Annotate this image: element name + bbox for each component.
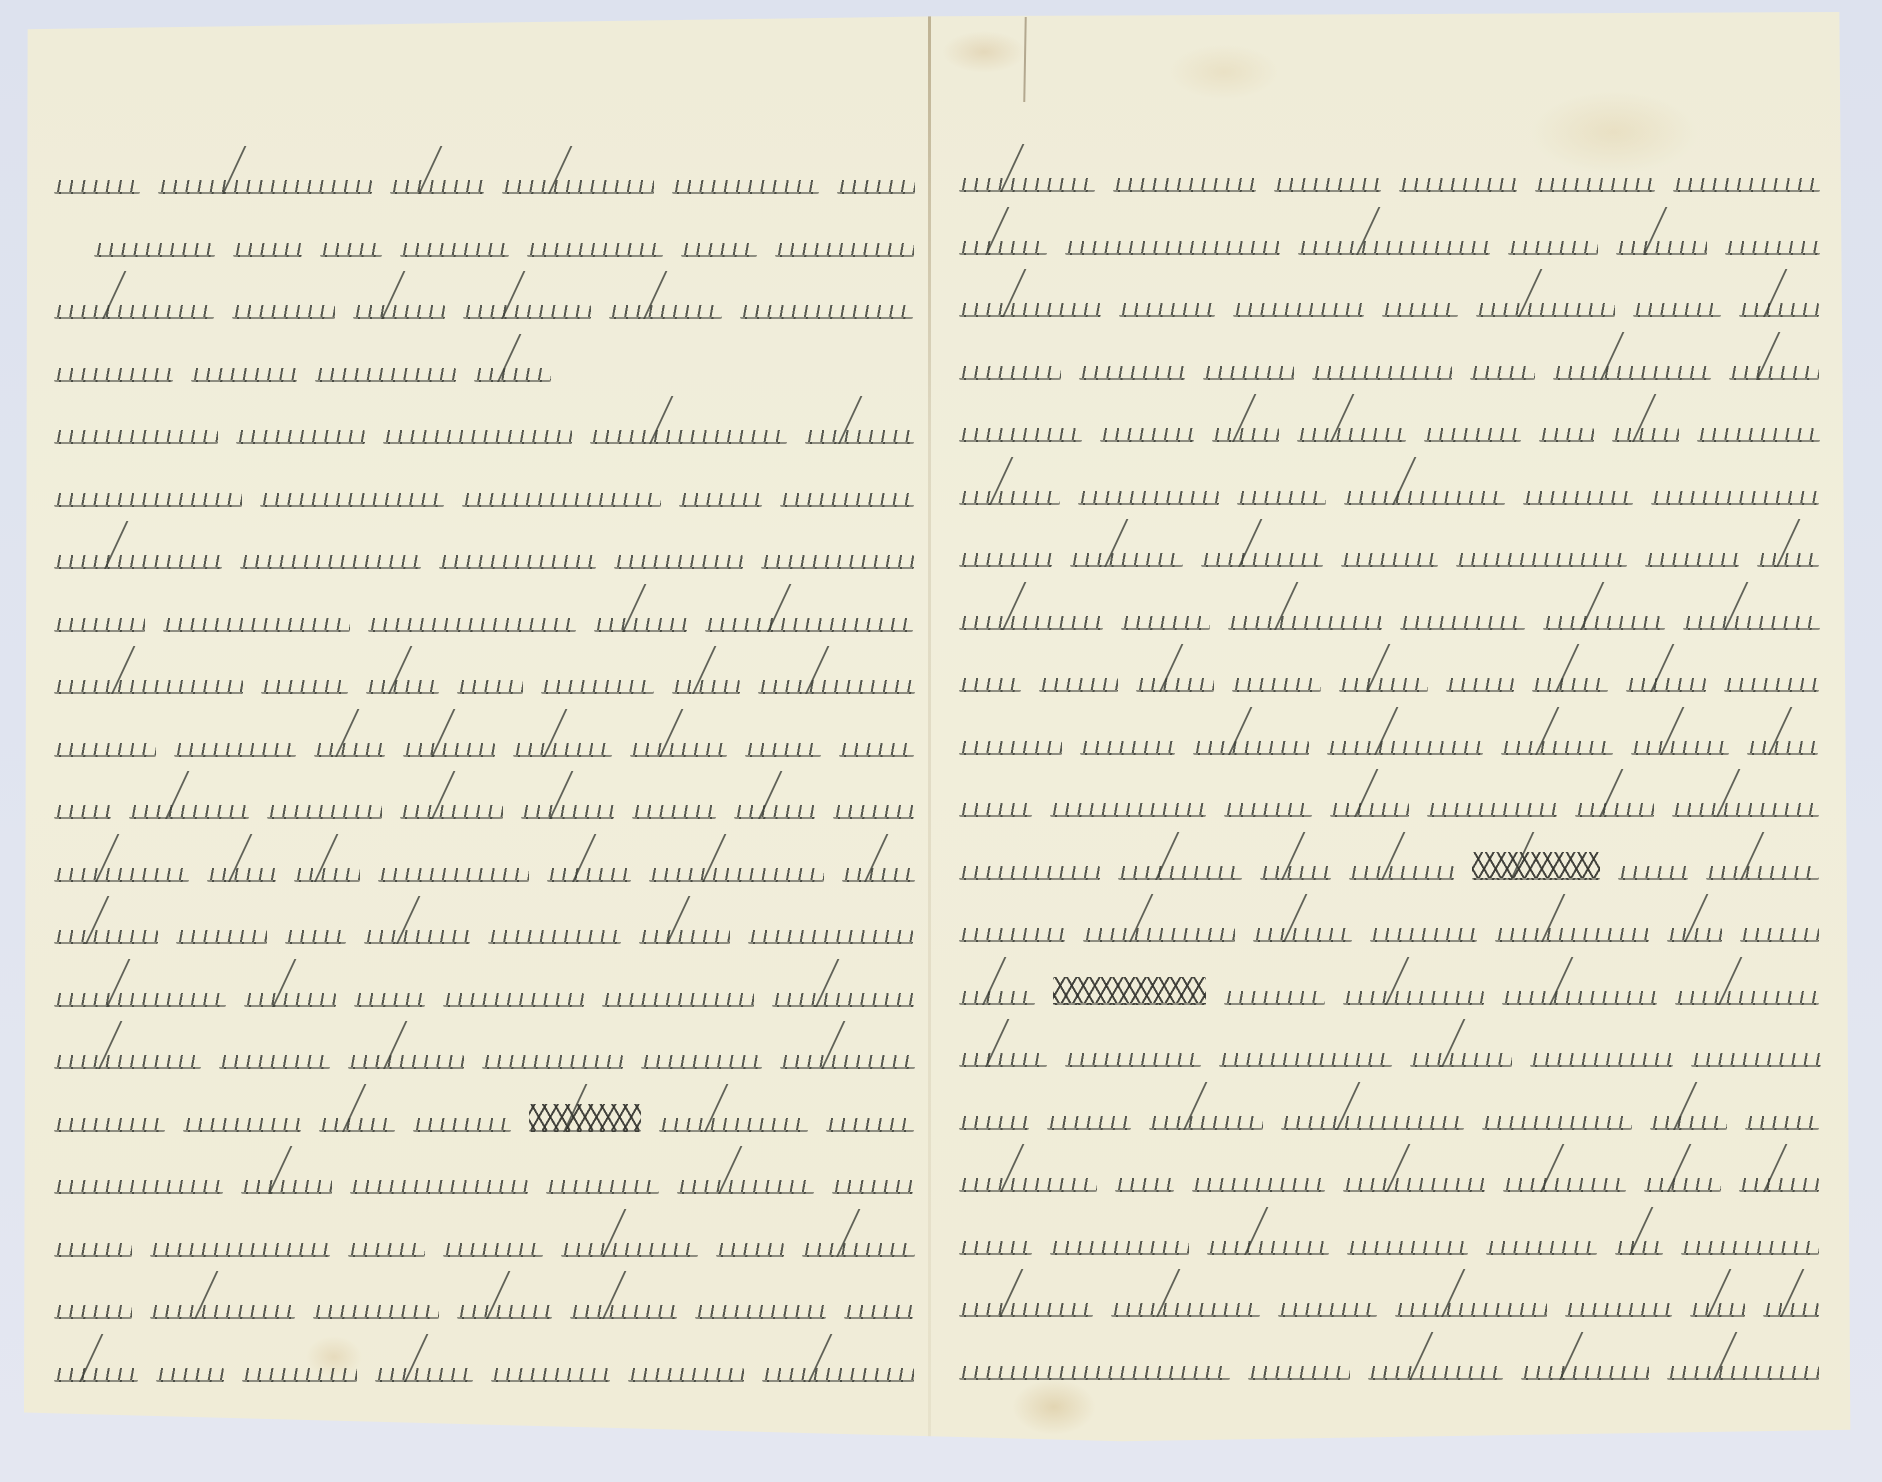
ink-strokes (54, 299, 913, 321)
handwritten-word (705, 618, 913, 634)
handwritten-word (734, 805, 815, 821)
handwritten-word (1212, 428, 1279, 444)
handwritten-word (1047, 1116, 1131, 1132)
center-fold (928, 12, 931, 1447)
handwritten-line: handwritten line (959, 1098, 1839, 1138)
handwritten-word (679, 493, 762, 509)
handwritten-word (1650, 1116, 1727, 1132)
handwritten-word (1201, 553, 1323, 569)
handwritten-word (649, 868, 824, 884)
handwritten-word (546, 1180, 659, 1196)
handwritten-word (150, 1243, 330, 1259)
handwritten-word (463, 305, 591, 321)
handwritten-word (1370, 928, 1477, 944)
right-page: handwritten linehandwritten linehandwrit… (959, 12, 1839, 1447)
handwritten-word (54, 305, 214, 321)
handwritten-line: handwritten line (54, 1287, 924, 1327)
handwritten-word (842, 868, 915, 884)
handwritten-word (403, 743, 495, 759)
handwritten-word (959, 928, 1065, 944)
handwritten-line: handwritten line (54, 287, 924, 327)
handwritten-word (639, 930, 730, 946)
handwritten-word (547, 868, 631, 884)
handwritten-word (826, 1118, 914, 1134)
ink-strokes (959, 610, 1820, 632)
handwritten-word (491, 1368, 610, 1384)
handwritten-word (1470, 366, 1535, 382)
handwritten-word (1193, 741, 1309, 757)
handwritten-word (772, 993, 914, 1009)
handwritten-word (672, 680, 740, 696)
handwritten-word (1224, 803, 1312, 819)
handwritten-word (375, 1368, 473, 1384)
handwritten-line: handwritten line (959, 1223, 1839, 1263)
handwritten-line: line with struck-through word and interl… (959, 848, 1839, 888)
handwritten-word (1053, 991, 1206, 1007)
handwritten-word (1219, 1053, 1392, 1069)
handwritten-word (1508, 241, 1598, 257)
handwritten-word (314, 743, 385, 759)
handwritten-word (1673, 178, 1820, 194)
handwritten-word (1281, 1116, 1464, 1132)
handwritten-word (1681, 1241, 1819, 1257)
handwritten-word (1503, 1178, 1626, 1194)
letter-sheet: handwritten linehandwritten line, indent… (24, 12, 1854, 1447)
handwritten-word (219, 1055, 330, 1071)
handwritten-line: handwritten line (959, 223, 1839, 263)
handwritten-word (1495, 928, 1649, 944)
handwritten-word (1274, 178, 1381, 194)
handwritten-word (527, 243, 663, 259)
handwritten-line: handwritten line (959, 910, 1839, 950)
handwritten-word (1543, 616, 1665, 632)
handwritten-word (641, 1055, 762, 1071)
handwritten-word (1476, 303, 1615, 319)
handwritten-word (1539, 428, 1594, 444)
handwritten-word (1121, 616, 1210, 632)
ink-strokes (54, 987, 914, 1009)
handwritten-word (959, 1116, 1029, 1132)
ink-strokes (959, 235, 1820, 257)
handwritten-word (1618, 866, 1688, 882)
handwritten-word (176, 930, 267, 946)
handwritten-word (1207, 1241, 1329, 1257)
handwritten-word (1203, 366, 1294, 382)
handwritten-word (54, 180, 140, 196)
ink-strokes (54, 862, 915, 884)
handwritten-word (959, 678, 1021, 694)
handwritten-line: handwritten line (959, 410, 1839, 450)
handwritten-word (745, 743, 821, 759)
handwritten-word (1399, 178, 1517, 194)
handwritten-word (1502, 991, 1657, 1007)
handwritten-word (54, 1243, 132, 1259)
handwritten-word (400, 243, 509, 259)
handwritten-word (1330, 803, 1409, 819)
handwritten-word (748, 930, 913, 946)
ink-strokes (959, 922, 1819, 944)
ink-strokes (959, 985, 1819, 1007)
handwritten-word (677, 1180, 814, 1196)
handwritten-word (1675, 991, 1819, 1007)
handwritten-word (1616, 241, 1707, 257)
handwritten-line: handwritten line (959, 160, 1839, 200)
handwritten-line: handwritten line (959, 1035, 1839, 1075)
handwritten-word (1343, 1178, 1485, 1194)
handwritten-word (1486, 1241, 1597, 1257)
handwritten-word (762, 1368, 914, 1384)
handwritten-word (1080, 741, 1175, 757)
handwritten-word (1192, 1178, 1325, 1194)
handwritten-word (1368, 1366, 1503, 1382)
handwritten-word (54, 555, 222, 571)
handwritten-line: handwritten line (959, 535, 1839, 575)
handwritten-word (632, 805, 716, 821)
handwritten-word (439, 555, 596, 571)
handwritten-word (1050, 803, 1206, 819)
handwritten-line: handwritten line (959, 1285, 1839, 1325)
handwritten-word (1136, 678, 1214, 694)
handwritten-word (353, 305, 445, 321)
handwritten-line: handwritten line (959, 723, 1839, 763)
handwritten-word (529, 1118, 641, 1134)
handwritten-word (1224, 991, 1325, 1007)
handwritten-word (261, 680, 348, 696)
ink-strokes (959, 360, 1819, 382)
handwritten-word (1382, 303, 1458, 319)
handwritten-word (1501, 741, 1613, 757)
handwritten-word (602, 993, 754, 1009)
handwritten-line: handwritten line (54, 1037, 924, 1077)
handwritten-line: handwritten line (54, 1162, 924, 1202)
handwritten-word (609, 305, 722, 321)
handwritten-word (561, 1243, 698, 1259)
handwritten-line: handwritten line (54, 1225, 924, 1265)
handwritten-word (1615, 1241, 1663, 1257)
handwritten-word (570, 1305, 677, 1321)
handwritten-word (54, 493, 242, 509)
handwritten-word (959, 241, 1047, 257)
ink-strokes (54, 174, 915, 196)
handwritten-word (366, 680, 439, 696)
handwritten-word (1118, 866, 1242, 882)
handwritten-word (959, 1053, 1047, 1069)
handwritten-word (959, 866, 1100, 882)
handwritten-word (1631, 741, 1729, 757)
ink-strokes (959, 1110, 1819, 1132)
handwritten-word (244, 993, 336, 1009)
handwritten-word (594, 618, 687, 634)
handwritten-word (1446, 678, 1514, 694)
ink-strokes (959, 485, 1819, 507)
handwritten-word (1739, 1178, 1819, 1194)
handwritten-line: handwritten line (959, 348, 1839, 388)
handwritten-word (400, 805, 503, 821)
handwritten-word (1232, 678, 1321, 694)
handwritten-word (1237, 491, 1326, 507)
handwritten-word (1344, 491, 1505, 507)
handwritten-word (1070, 553, 1183, 569)
handwritten-word (681, 243, 757, 259)
handwritten-word (775, 243, 914, 259)
handwritten-word (833, 805, 914, 821)
handwritten-word (462, 493, 661, 509)
ink-strokes (54, 612, 913, 634)
handwritten-word (1740, 928, 1819, 944)
handwritten-word (1050, 1241, 1189, 1257)
handwritten-line: handwritten line (959, 660, 1839, 700)
handwritten-word (1482, 1116, 1632, 1132)
ink-strokes (959, 1297, 1819, 1319)
handwritten-line: handwritten line (959, 598, 1839, 638)
handwritten-word (1228, 616, 1382, 632)
handwritten-word (354, 993, 425, 1009)
handwritten-word (1472, 866, 1600, 882)
handwritten-word (1672, 803, 1819, 819)
handwritten-word (1039, 678, 1118, 694)
ink-strokes (959, 735, 1818, 757)
handwritten-word (1553, 366, 1711, 382)
handwritten-word (1424, 428, 1521, 444)
ink-strokes (54, 1174, 913, 1196)
handwritten-word (348, 1243, 425, 1259)
handwritten-word (1298, 241, 1490, 257)
handwritten-word (54, 680, 243, 696)
handwritten-word (1724, 678, 1819, 694)
handwritten-word (232, 305, 335, 321)
handwritten-line: handwritten line (54, 600, 924, 640)
ink-strokes (959, 1172, 1819, 1194)
handwritten-word (1745, 1116, 1819, 1132)
handwritten-word (1763, 1303, 1819, 1319)
handwritten-word (1113, 178, 1256, 194)
ink-strokes (54, 1299, 913, 1321)
handwritten-word (959, 491, 1060, 507)
handwritten-word (1667, 928, 1722, 944)
handwritten-word (1343, 991, 1484, 1007)
ink-strokes (959, 1360, 1819, 1382)
handwritten-word (959, 428, 1082, 444)
handwritten-word (780, 493, 914, 509)
handwritten-word (1083, 928, 1235, 944)
handwritten-line: handwritten line (54, 1350, 924, 1390)
handwritten-word (242, 1368, 357, 1384)
handwritten-word (267, 805, 382, 821)
handwritten-word (1530, 1053, 1673, 1069)
handwritten-word (716, 1243, 784, 1259)
handwritten-word (740, 305, 913, 321)
handwritten-word (54, 930, 158, 946)
handwritten-word (207, 868, 276, 884)
handwritten-word (54, 1118, 165, 1134)
ink-strokes (54, 549, 914, 571)
handwritten-word (1521, 1366, 1649, 1382)
handwritten-line: handwritten line (54, 850, 924, 890)
handwritten-line: handwritten line (959, 473, 1839, 513)
handwritten-word (1119, 303, 1215, 319)
ink-strokes (54, 799, 914, 821)
ink-strokes (54, 487, 914, 509)
handwritten-word (959, 303, 1101, 319)
handwritten-word (54, 993, 226, 1009)
handwritten-word (54, 618, 145, 634)
handwritten-word (313, 1305, 439, 1321)
handwritten-word (959, 178, 1095, 194)
handwritten-word (163, 618, 350, 634)
handwritten-word (54, 743, 156, 759)
handwritten-word (1347, 1241, 1468, 1257)
handwritten-word (1456, 553, 1627, 569)
handwritten-word (443, 993, 584, 1009)
handwritten-word (1065, 1053, 1201, 1069)
handwritten-word (1565, 1303, 1672, 1319)
handwritten-word (1535, 178, 1655, 194)
handwritten-word (191, 368, 297, 384)
handwritten-word (780, 1055, 915, 1071)
handwritten-line: handwritten line (54, 725, 924, 765)
handwritten-word (1626, 678, 1706, 694)
handwritten-word (541, 680, 654, 696)
handwritten-word (1260, 866, 1331, 882)
handwritten-word (383, 430, 572, 446)
handwritten-word (158, 180, 372, 196)
handwritten-word (94, 243, 215, 259)
handwritten-word (590, 430, 787, 446)
handwritten-word (320, 243, 382, 259)
ink-strokes (54, 424, 914, 446)
handwritten-word (260, 493, 444, 509)
handwritten-word (1633, 303, 1721, 319)
handwritten-word (1427, 803, 1557, 819)
handwritten-word (413, 1118, 511, 1134)
handwritten-word (844, 1305, 913, 1321)
ink-strokes (959, 1235, 1819, 1257)
handwritten-word (959, 616, 1103, 632)
handwritten-word (1312, 366, 1452, 382)
ink-strokes (959, 672, 1819, 694)
handwritten-word (294, 868, 360, 884)
handwritten-word (1651, 491, 1819, 507)
ink-strokes (959, 547, 1819, 569)
handwritten-word (758, 680, 915, 696)
handwritten-word (482, 1055, 623, 1071)
handwritten-word (614, 555, 743, 571)
handwritten-line: line with struck-through word (54, 1100, 924, 1140)
handwritten-line: handwritten line (54, 787, 924, 827)
handwritten-word (348, 1055, 464, 1071)
handwritten-word (1400, 616, 1525, 632)
handwritten-word (630, 743, 727, 759)
ink-strokes (959, 1047, 1821, 1069)
handwritten-word (1278, 1303, 1377, 1319)
handwritten-word (1697, 428, 1820, 444)
handwritten-word (129, 805, 249, 821)
handwritten-word (959, 1303, 1093, 1319)
handwritten-word (54, 1305, 132, 1321)
handwritten-line: handwritten line, indented (54, 225, 924, 265)
handwritten-word (488, 930, 621, 946)
ink-strokes (959, 797, 1819, 819)
handwritten-line: handwritten line (959, 785, 1839, 825)
handwritten-word (1327, 741, 1483, 757)
handwritten-word (1349, 866, 1454, 882)
handwritten-word (1079, 366, 1185, 382)
handwritten-word (1747, 741, 1818, 757)
handwritten-line: handwritten line (959, 1348, 1839, 1388)
handwritten-word (1612, 428, 1679, 444)
handwritten-word (839, 743, 914, 759)
handwritten-word (1111, 1303, 1260, 1319)
handwritten-word (1691, 1053, 1821, 1069)
handwritten-line: handwritten line (54, 162, 924, 202)
handwritten-word (802, 1243, 915, 1259)
ink-strokes (959, 422, 1820, 444)
handwritten-word (54, 1055, 201, 1071)
handwritten-word (1729, 366, 1819, 382)
handwritten-word (1248, 1366, 1350, 1382)
ink-strokes (54, 674, 915, 696)
handwritten-line: handwritten line (959, 1160, 1839, 1200)
handwritten-word (1115, 1178, 1174, 1194)
handwritten-word (959, 366, 1061, 382)
handwritten-word (502, 180, 654, 196)
handwritten-word (959, 803, 1032, 819)
handwritten-word (1065, 241, 1280, 257)
handwritten-line: handwritten line (54, 537, 924, 577)
handwritten-word (1645, 553, 1739, 569)
handwritten-word (319, 1118, 395, 1134)
handwritten-line: line with crossed-out word (959, 973, 1839, 1013)
handwritten-word (805, 430, 914, 446)
ink-strokes (54, 924, 913, 946)
handwritten-word (1683, 616, 1820, 632)
handwritten-line: handwritten line (54, 912, 924, 952)
handwritten-word (474, 368, 551, 384)
left-page: handwritten linehandwritten line, indent… (54, 12, 924, 1447)
handwritten-word (1575, 803, 1654, 819)
handwritten-word (1297, 428, 1406, 444)
handwritten-word (959, 553, 1052, 569)
handwritten-word (378, 868, 529, 884)
handwritten-word (959, 741, 1062, 757)
handwritten-word (1706, 866, 1819, 882)
handwritten-word (174, 743, 296, 759)
handwritten-word (315, 368, 456, 384)
handwritten-word (1410, 1053, 1512, 1069)
handwritten-word (1253, 928, 1352, 944)
handwritten-word (659, 1118, 808, 1134)
handwritten-word (959, 1178, 1097, 1194)
handwritten-word (233, 243, 302, 259)
handwritten-word (350, 1180, 528, 1196)
handwritten-word (54, 805, 111, 821)
handwritten-word (1100, 428, 1194, 444)
handwritten-word (1644, 1178, 1721, 1194)
handwritten-word (54, 368, 173, 384)
handwritten-word (54, 430, 218, 446)
ink-strokes (94, 237, 914, 259)
handwritten-word (1739, 303, 1819, 319)
ink-strokes (54, 737, 914, 759)
handwritten-word (183, 1118, 301, 1134)
handwritten-word (364, 930, 470, 946)
handwritten-word (1078, 491, 1219, 507)
ink-strokes (54, 1362, 914, 1384)
handwritten-word (457, 1305, 552, 1321)
handwritten-line: short line ending with dash (54, 350, 924, 390)
handwritten-word (1395, 1303, 1547, 1319)
ink-strokes (959, 172, 1820, 194)
